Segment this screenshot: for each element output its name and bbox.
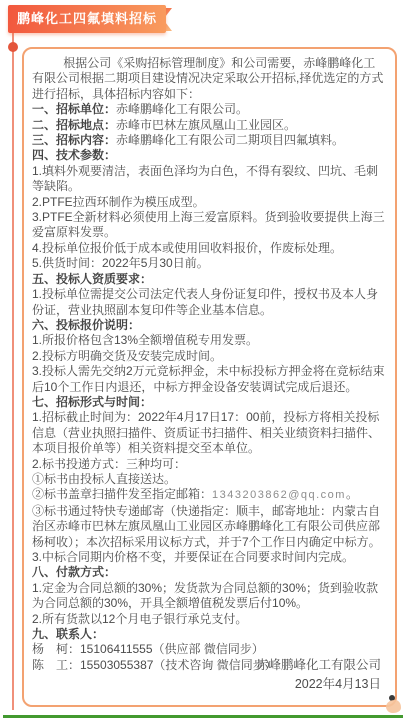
doc-paragraph: 1.所报价格包含13%全额增值税专用发票。: [32, 333, 387, 348]
doc-paragraph: 4.投标单位报价低于成本或使用回收料报价，作废标处理。: [32, 241, 387, 256]
signature-company: 赤峰鹏峰化工有限公司: [256, 656, 381, 675]
doc-paragraph: 四、技术参数：: [32, 148, 387, 163]
doc-body: 根据公司《采购招标管理制度》和公司需要，赤峰鹏峰化工有限公司根据二期项目建设情况…: [32, 56, 387, 673]
doc-paragraph: 3.中标合同期内价格不变，并要保证在合同要求时间内完成。: [32, 550, 387, 565]
doc-paragraph: 三、招标内容：赤峰鹏峰化工有限公司二期项目四氟填料。: [32, 133, 387, 148]
signature-date: 2022年4月13日: [256, 675, 381, 694]
doc-paragraph: 2.投标方明确交货及安装完成时间。: [32, 349, 387, 364]
signature-block: 赤峰鹏峰化工有限公司 2022年4月13日: [256, 656, 381, 693]
doc-paragraph: 1.定金为合同总额的30%；发货款为合同总额的30%；货到验收款为合同总额的30…: [32, 581, 387, 612]
doc-paragraph: 2.所有货款以12个月电子银行承兑支付。: [32, 612, 387, 627]
doc-paragraph: 3.PTFE全新材料必须使用上海三爱富原料。货到验收要提供上海三爱富原料发票。: [32, 210, 387, 241]
doc-paragraph: 五、投标人资质要求：: [32, 272, 387, 287]
doc-paragraph: ②标书盖章扫描件发至指定邮箱：1343203862@qq.com。: [32, 487, 387, 503]
doc-paragraph: ①标书由投标人直接送达。: [32, 472, 387, 487]
timeline-line: [12, 33, 14, 710]
doc-paragraph: 2.PTFE拉西环制作为模压成型。: [32, 195, 387, 210]
email-address: 1343203862@qq.com: [212, 489, 346, 501]
timeline-dot-icon: [8, 42, 18, 52]
doc-paragraph: 一、招标单位：赤峰鹏峰化工有限公司。: [32, 102, 387, 117]
doc-paragraph: 根据公司《采购招标管理制度》和公司需要，赤峰鹏峰化工有限公司根据二期项目建设情况…: [32, 56, 387, 102]
doc-paragraph: 3.投标人需先交纳2万元竞标押金，未中标投标方押金将在竞标结束后10个工作日内退…: [32, 364, 387, 395]
doc-paragraph: 九、联系人：: [32, 627, 387, 642]
doc-paragraph: 1.填料外观要清洁，表面色泽均为白色，不得有裂纹、凹坑、毛刺等缺陷。: [32, 164, 387, 195]
doc-paragraph: 1.投标单位需提交公司法定代表人身份证复印件，授权书及本人身份证，营业执照副本复…: [32, 287, 387, 318]
doc-paragraph: 七、招标形式与时间：: [32, 395, 387, 410]
doc-paragraph: 2.标书投递方式：三种均可：: [32, 457, 387, 472]
doc-paragraph: 八、付款方式：: [32, 565, 387, 580]
doc-paragraph: 二、招标地点：赤峰市巴林左旗凤凰山工业园区。: [32, 118, 387, 133]
doc-paragraph: ③标书通过特快专递邮寄（快递指定：顺丰，邮寄地址：内蒙古自治区赤峰市巴林左旗凤凰…: [32, 504, 387, 550]
doc-paragraph: 1.招标截止时间为：2022年4月17日17：00前，投标方将相关投标信息（营业…: [32, 410, 387, 456]
bottom-divider: [3, 715, 403, 718]
decor-figure-body-icon: [386, 700, 401, 713]
title-tag-label: 鹏峰化工四氟填料招标: [17, 11, 157, 26]
doc-paragraph: 5.供货时间：2022年5月30日前。: [32, 256, 387, 271]
title-tag: 鹏峰化工四氟填料招标: [8, 5, 166, 33]
document-card: 根据公司《采购招标管理制度》和公司需要，赤峰鹏峰化工有限公司根据二期项目建设情况…: [22, 47, 397, 707]
doc-paragraph: 六、投标报价说明：: [32, 318, 387, 333]
